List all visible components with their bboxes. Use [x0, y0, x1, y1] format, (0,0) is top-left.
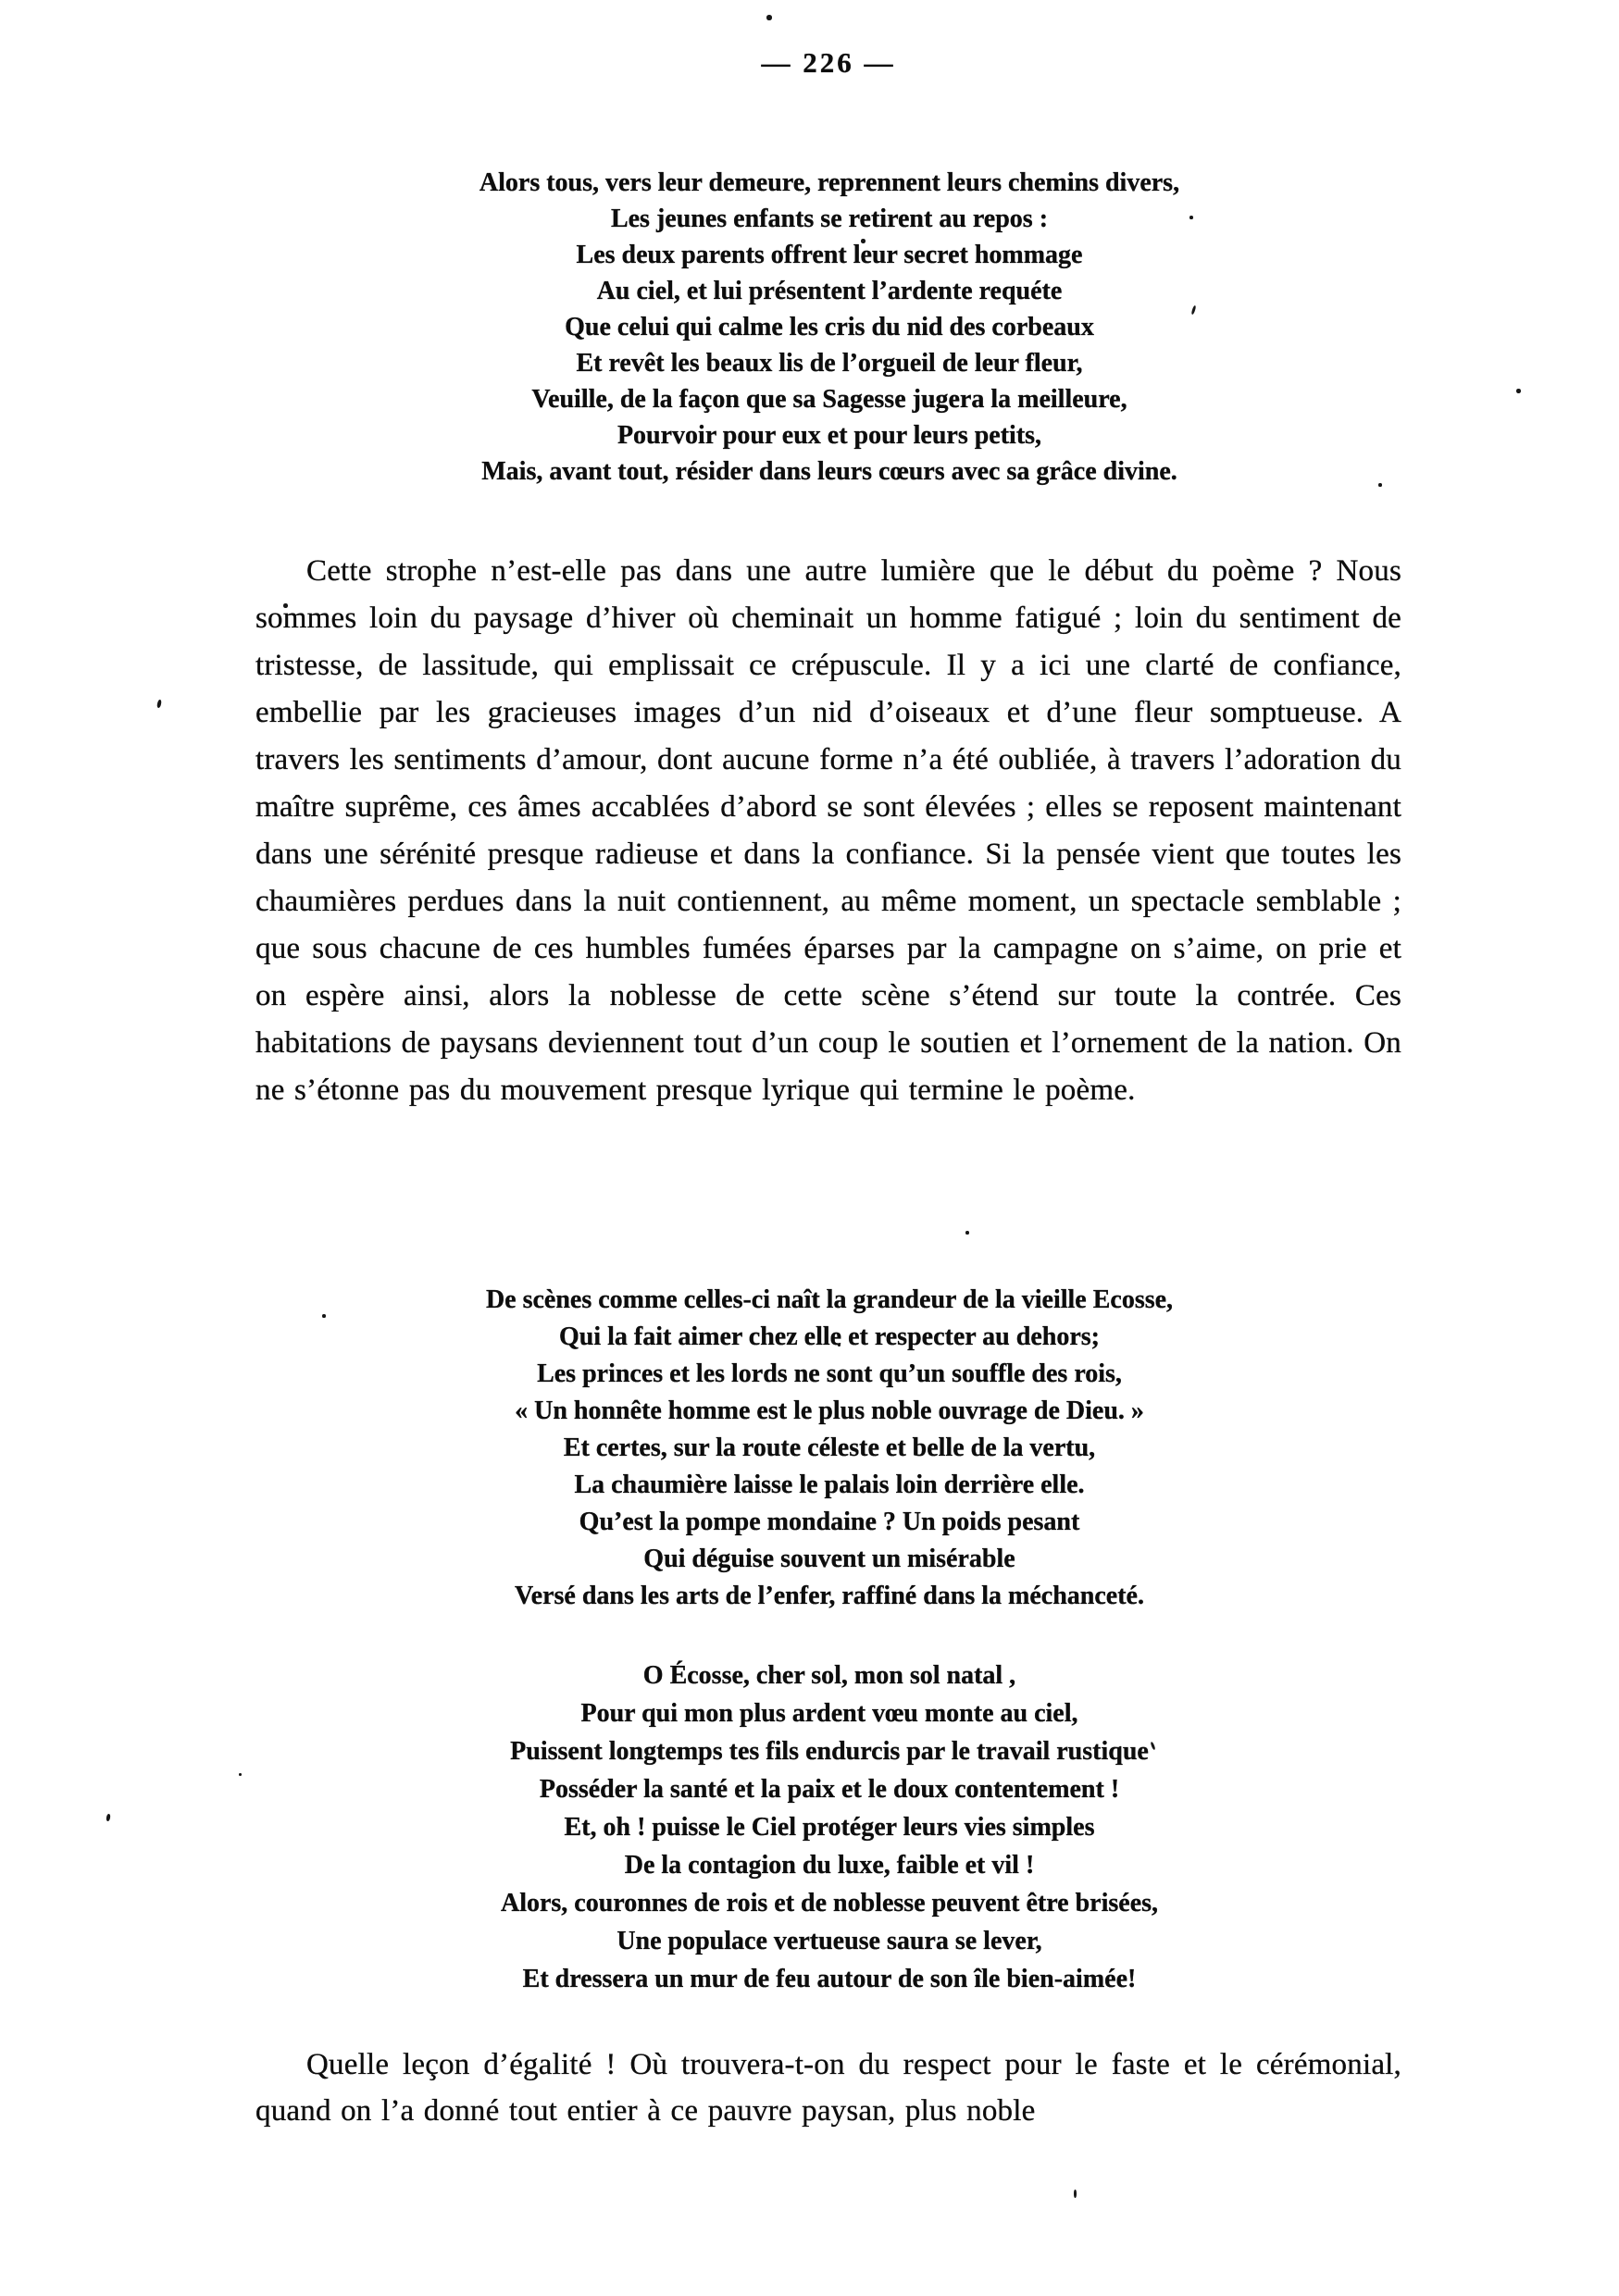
text-block: — 226 — Alors tous, vers leur demeure, r…	[255, 0, 1401, 2296]
verse-line: La chaumière laisse le palais loin derri…	[200, 1467, 1459, 1504]
verse-line: Au ciel, et lui présentent l’ardente req…	[200, 273, 1459, 309]
verse-line: Et certes, sur la route céleste et belle…	[200, 1430, 1459, 1467]
verse-line: Les jeunes enfants se retirent au repos …	[200, 201, 1459, 237]
page-number: — 226 —	[255, 46, 1401, 80]
verse-block-2: De scènes comme celles-ci naît la grande…	[200, 1282, 1459, 1615]
verse-line: Versé dans les arts de l’enfer, raffiné …	[200, 1578, 1459, 1615]
scan-speck	[1378, 483, 1382, 487]
verse-block-1: Alors tous, vers leur demeure, reprennen…	[200, 165, 1459, 490]
verse-line: Pourvoir pour eux et pour leurs petits,	[200, 417, 1459, 453]
prose-paragraph: Quelle leçon d’égalité ! Où trouvera-t-o…	[255, 2042, 1401, 2134]
scan-speck	[1516, 389, 1521, 393]
scan-speck	[861, 239, 866, 243]
verse-block-3: O Écosse, cher sol, mon sol natal , Pour…	[200, 1657, 1459, 1998]
scan-speck	[766, 15, 772, 20]
verse-line: Les princes et les lords ne sont qu’un s…	[200, 1356, 1459, 1393]
verse-line: Et revêt les beaux lis de l’orgueil de l…	[200, 345, 1459, 381]
scan-speck	[1189, 216, 1193, 219]
verse-line: Qui déguise souvent un misérable	[200, 1541, 1459, 1578]
verse-line: Mais, avant tout, résider dans leurs cœu…	[200, 453, 1459, 490]
verse-line: Pour qui mon plus ardent vœu monte au ci…	[200, 1694, 1459, 1732]
scan-speck	[239, 1773, 242, 1776]
verse-line: Puissent longtemps tes fils endurcis par…	[200, 1732, 1459, 1770]
verse-line: Une populace vertueuse saura se lever,	[200, 1922, 1459, 1960]
scan-speck	[283, 603, 288, 608]
verse-line: De la contagion du luxe, faible et vil !	[200, 1846, 1459, 1884]
scan-speck	[106, 1814, 110, 1822]
scan-speck	[322, 1314, 326, 1318]
verse-line: Que celui qui calme les cris du nid des …	[200, 309, 1459, 345]
verse-line: Alors, couronnes de rois et de noblesse …	[200, 1884, 1459, 1922]
verse-line: Veuille, de la façon que sa Sagesse juge…	[200, 381, 1459, 417]
scan-speck	[1074, 2190, 1077, 2198]
verse-line: Alors tous, vers leur demeure, reprennen…	[200, 165, 1459, 201]
scan-speck	[838, 1344, 841, 1347]
verse-line: Qui la fait aimer chez elle et respecter…	[200, 1319, 1459, 1356]
verse-line: Et dressera un mur de feu autour de son …	[200, 1960, 1459, 1998]
book-page: — 226 — Alors tous, vers leur demeure, r…	[0, 0, 1619, 2296]
scan-speck	[156, 700, 162, 709]
verse-line: O Écosse, cher sol, mon sol natal ,	[200, 1657, 1459, 1694]
prose-paragraph: Cette strophe n’est-elle pas dans une au…	[255, 548, 1401, 1114]
verse-line: Et, oh ! puisse le Ciel protéger leurs v…	[200, 1808, 1459, 1846]
verse-line: Posséder la santé et la paix et le doux …	[200, 1770, 1459, 1808]
verse-line: « Un honnête homme est le plus noble ouv…	[200, 1393, 1459, 1430]
verse-line: De scènes comme celles-ci naît la grande…	[200, 1282, 1459, 1319]
verse-line: Qu’est la pompe mondaine ? Un poids pesa…	[200, 1504, 1459, 1541]
verse-line: Les deux parents offrent leur secret hom…	[200, 237, 1459, 273]
scan-speck	[965, 1231, 969, 1235]
